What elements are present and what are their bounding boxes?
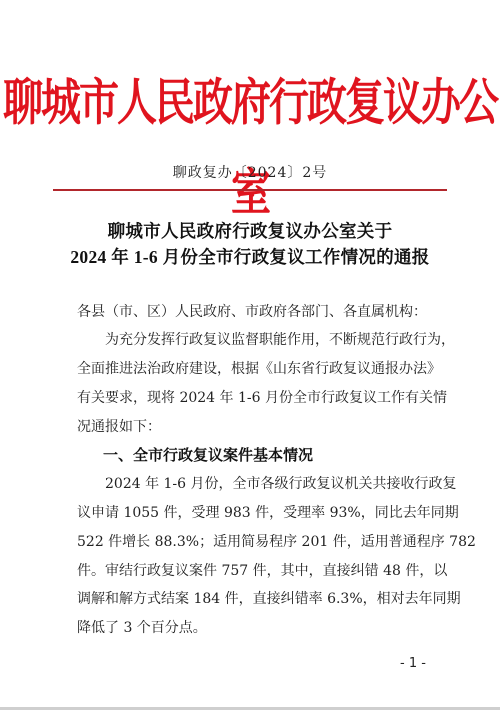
intro-line: 况通报如下：	[77, 417, 425, 437]
intro-line: 为充分发挥行政复议监督职能作用，不断规范行政行为，	[105, 330, 425, 350]
section-1-line: 522 件增长 88.3%；适用简易程序 201 件，适用普通程序 782	[77, 532, 425, 552]
section-1-line: 2024 年 1-6 月份，全市各级行政复议机关共接收行政复	[105, 474, 425, 494]
salutation: 各县（市、区）人民政府、市政府各部门、各直属机构：	[77, 302, 425, 322]
document-number: 聊政复办〔2024〕2号	[0, 162, 500, 182]
section-1-line: 议申请 1055 件，受理 983 件，受理率 93%，同比去年同期	[77, 503, 425, 523]
section-1-line: 调解和解方式结案 184 件，直接纠错率 6.3%，相对去年同期	[77, 589, 425, 609]
document-heading-line-1: 聊城市人民政府行政复议办公室关于	[0, 218, 500, 243]
document-page: 聊城市人民政府行政复议办公室 聊政复办〔2024〕2号 聊城市人民政府行政复议办…	[0, 0, 500, 707]
section-1-line: 件。审结行政复议案件 757 件，其中，直接纠错 48 件，以	[77, 561, 425, 581]
document-heading-line-2: 2024 年 1-6 月份全市行政复议工作情况的通报	[0, 244, 500, 269]
section-heading-1: 一、全市行政复议案件基本情况	[103, 445, 313, 465]
issuer-title: 聊城市人民政府行政复议办公室	[0, 58, 500, 238]
section-1-line: 降低了 3 个百分点。	[77, 618, 425, 638]
intro-line: 有关要求，现将 2024 年 1-6 月份全市行政复议工作有关情	[77, 388, 425, 408]
page-number: - 1 -	[400, 656, 426, 671]
intro-line: 全面推进法治政府建设，根据《山东省行政复议通报办法》	[77, 359, 425, 379]
red-divider-rule	[53, 189, 447, 191]
